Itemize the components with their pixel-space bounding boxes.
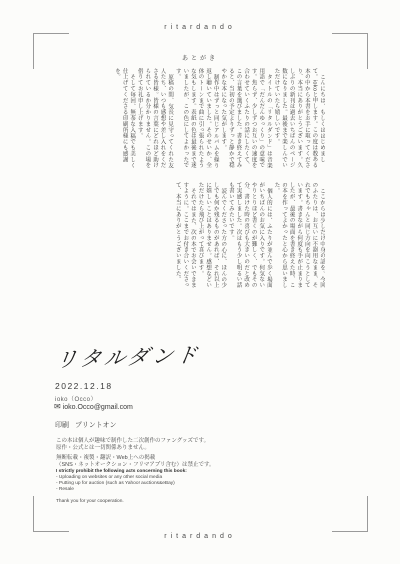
- jp-disclaimer-line: 無断転載・複製・翻訳・Web上への掲載: [56, 455, 215, 462]
- afterword-paragraph: 制作中はずっと同じアルバムを繰り返し聴いていました。そのせいか、全体のトーンまで…: [173, 68, 219, 173]
- jp-disclaimer-prohibition: 無断転載・複製・翻訳・Web上への掲載 （SNS・ネットオークション・フリマアプ…: [56, 455, 215, 469]
- en-prohibition-notice: I strictly prohibit the following acts c…: [56, 469, 187, 505]
- afterword-paragraph: それではまた、次の本でお会いできますように。ここまでお付き合いくださって、本当に…: [173, 182, 196, 290]
- afterword-paragraph: こんにちは、もしくははじめまして。iokoと申します。この度は数ある本の中から本…: [272, 68, 325, 173]
- en-notice-item: - Resale: [56, 487, 187, 493]
- afterword-page: ritardando あとがき こんにちは、もしくははじめまして。iokoと申し…: [0, 0, 400, 564]
- jp-disclaimer-line: この本は個人が趣味で制作した二次創作のファングッズです。: [56, 438, 209, 445]
- email-address: ioko.Occo@gmail.com: [63, 404, 133, 411]
- corner-bracket-top-right: [332, 33, 368, 69]
- afterword-paragraph: 原稿の間、気長に見守ってくれた友人たち、いつも感想や差し入れをくださる皆様。皆様…: [135, 68, 173, 173]
- afterword-text-band-2: ここからは少しだけ中身の話を。今回のふたりは、お互いに不器用なまま、それでもちゃ…: [173, 182, 325, 290]
- corner-bracket-top-left: [33, 33, 69, 69]
- afterword-heading: あとがき: [0, 53, 400, 62]
- printer-name: プリントオン: [75, 422, 117, 429]
- jp-disclaimer-line: （SNS・ネットオークション・フリマアプリ含む）は禁止です。: [56, 462, 215, 469]
- running-head-top: ritardando: [0, 24, 400, 31]
- afterword-paragraph: 個人的には、ふたりが並んで歩く場面がいちばんのお気に入りです。何気ないやりとりほ…: [226, 182, 272, 290]
- afterword-paragraph: ここからは少しだけ中身の話を。今回のふたりは、お互いに不器用なまま、それでもちゃ…: [272, 182, 325, 290]
- en-notice-item: - Putting up for auction (such as Yahoo!…: [56, 481, 187, 487]
- en-notice-thanks: Thank you for your cooperation.: [56, 499, 187, 505]
- envelope-icon: ✉: [54, 402, 61, 411]
- running-head-bottom: ritardando: [0, 533, 400, 540]
- jp-disclaimer-line: 原作・公式とは一切関係ありません。: [56, 445, 209, 452]
- jp-disclaimer-fanwork: この本は個人が趣味で制作した二次創作のファングッズです。 原作・公式とは一切関係…: [56, 438, 209, 452]
- printer-info: 印刷プリントオン: [55, 420, 117, 430]
- corner-bracket-bottom-right: [332, 496, 368, 532]
- afterword-paragraph: タイトルの「リタルダンド」は音楽用語で「だんだんゆっくり」の意味です。焦らず、少…: [219, 68, 272, 173]
- afterword-text-band-1: こんにちは、もしくははじめまして。iokoと申します。この度は数ある本の中から本…: [112, 68, 325, 173]
- printer-label: 印刷: [55, 422, 69, 429]
- publication-date: 2022.12.18: [55, 381, 113, 391]
- afterword-paragraph: そして毎回、無茶な入稿でも美しく仕上げてくださる印刷所様にも感謝を。: [112, 68, 135, 173]
- contact-email: ✉ioko.Occo@gmail.com: [54, 402, 133, 411]
- book-title-handwritten: リタルダンド: [54, 339, 202, 374]
- afterword-paragraph: 読んでくださった方の心に、ほんの少しでも何か残るものがあれば、それ以上に嬉しいこ…: [196, 182, 226, 290]
